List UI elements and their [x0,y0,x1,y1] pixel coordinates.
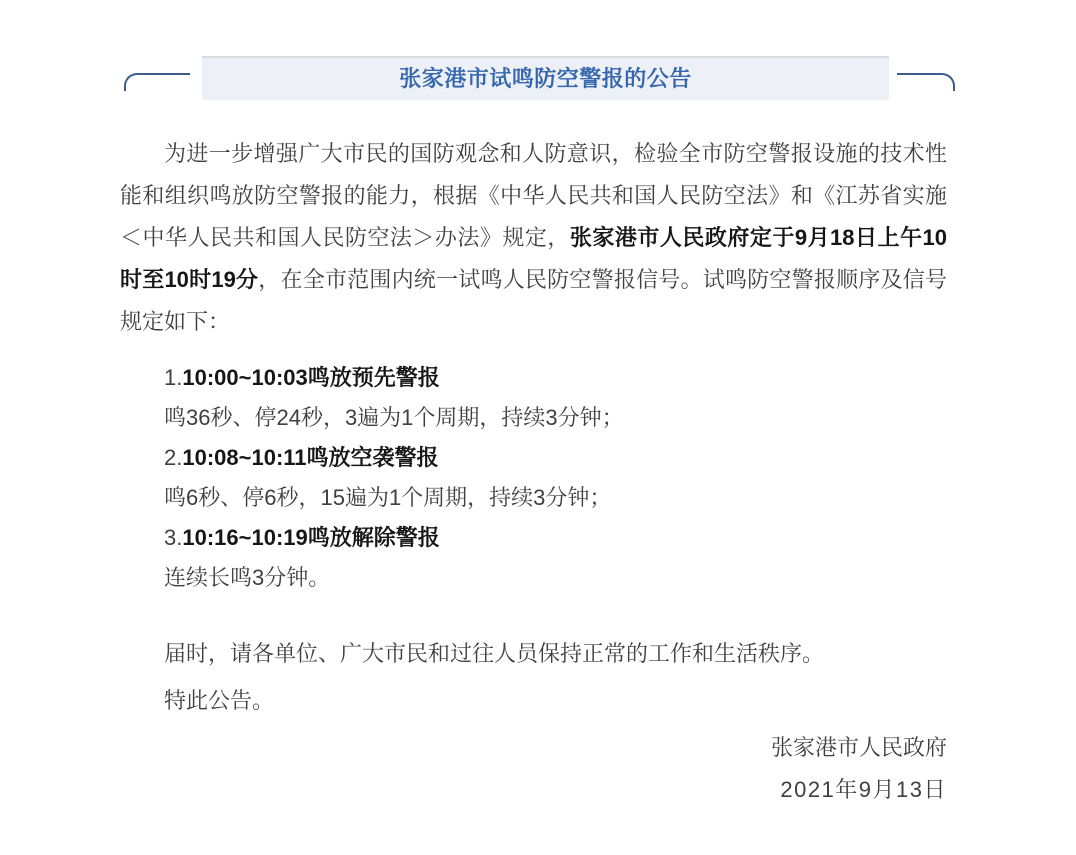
signature-date: 2021年9月13日 [120,769,947,811]
notice-paragraph: 届时，请各单位、广大市民和过往人员保持正常的工作和生活秩序。 [120,633,947,675]
signature-org: 张家港市人民政府 [120,727,947,769]
list-item-3-heading: 3.10:16~10:19鸣放解除警报 [120,518,947,558]
emphasis-text: 10:16~10:19鸣放解除警报 [182,525,439,550]
body-text: 2. [164,445,182,470]
body-text: 3. [164,525,182,550]
emphasis-text: 10:08~10:11鸣放空袭警报 [182,445,438,470]
body-text: 特此公告。 [164,688,274,713]
announcement-body: 为进一步增强广大市民的国防观念和人防意识，检验全市防空警报设施的技术性能和组织鸣… [120,133,947,722]
list-item-2-heading: 2.10:08~10:11鸣放空袭警报 [120,438,947,478]
closing-paragraph: 特此公告。 [120,680,947,722]
list-item-1-heading: 1.10:00~10:03鸣放预先警报 [120,358,947,398]
list-item-1-detail: 鸣36秒、停24秒，3遍为1个周期，持续3分钟； [120,398,947,438]
body-text: 届时，请各单位、广大市民和过往人员保持正常的工作和生活秩序。 [164,641,824,666]
corner-bracket-right-icon [897,73,955,91]
corner-bracket-left-icon [124,73,190,91]
body-text: 鸣36秒、停24秒，3遍为1个周期，持续3分钟； [164,405,624,430]
emphasis-text: 10:00~10:03鸣放预先警报 [182,365,439,390]
announcement-page: 张家港市试鸣防空警报的公告 为进一步增强广大市民的国防观念和人防意识，检验全市防… [0,0,1076,855]
page-title: 张家港市试鸣防空警报的公告 [399,58,692,100]
title-bar: 张家港市试鸣防空警报的公告 [202,56,889,100]
body-text: 连续长鸣3分钟。 [164,565,330,590]
intro-paragraph: 为进一步增强广大市民的国防观念和人防意识，检验全市防空警报设施的技术性能和组织鸣… [120,133,947,343]
announcement-header: 张家港市试鸣防空警报的公告 [0,0,1076,100]
body-text: 鸣6秒、停6秒，15遍为1个周期，持续3分钟； [164,485,611,510]
signature-block: 张家港市人民政府 2021年9月13日 [120,727,947,811]
list-item-3-detail: 连续长鸣3分钟。 [120,558,947,598]
body-text: 1. [164,365,182,390]
list-item-2-detail: 鸣6秒、停6秒，15遍为1个周期，持续3分钟； [120,478,947,518]
